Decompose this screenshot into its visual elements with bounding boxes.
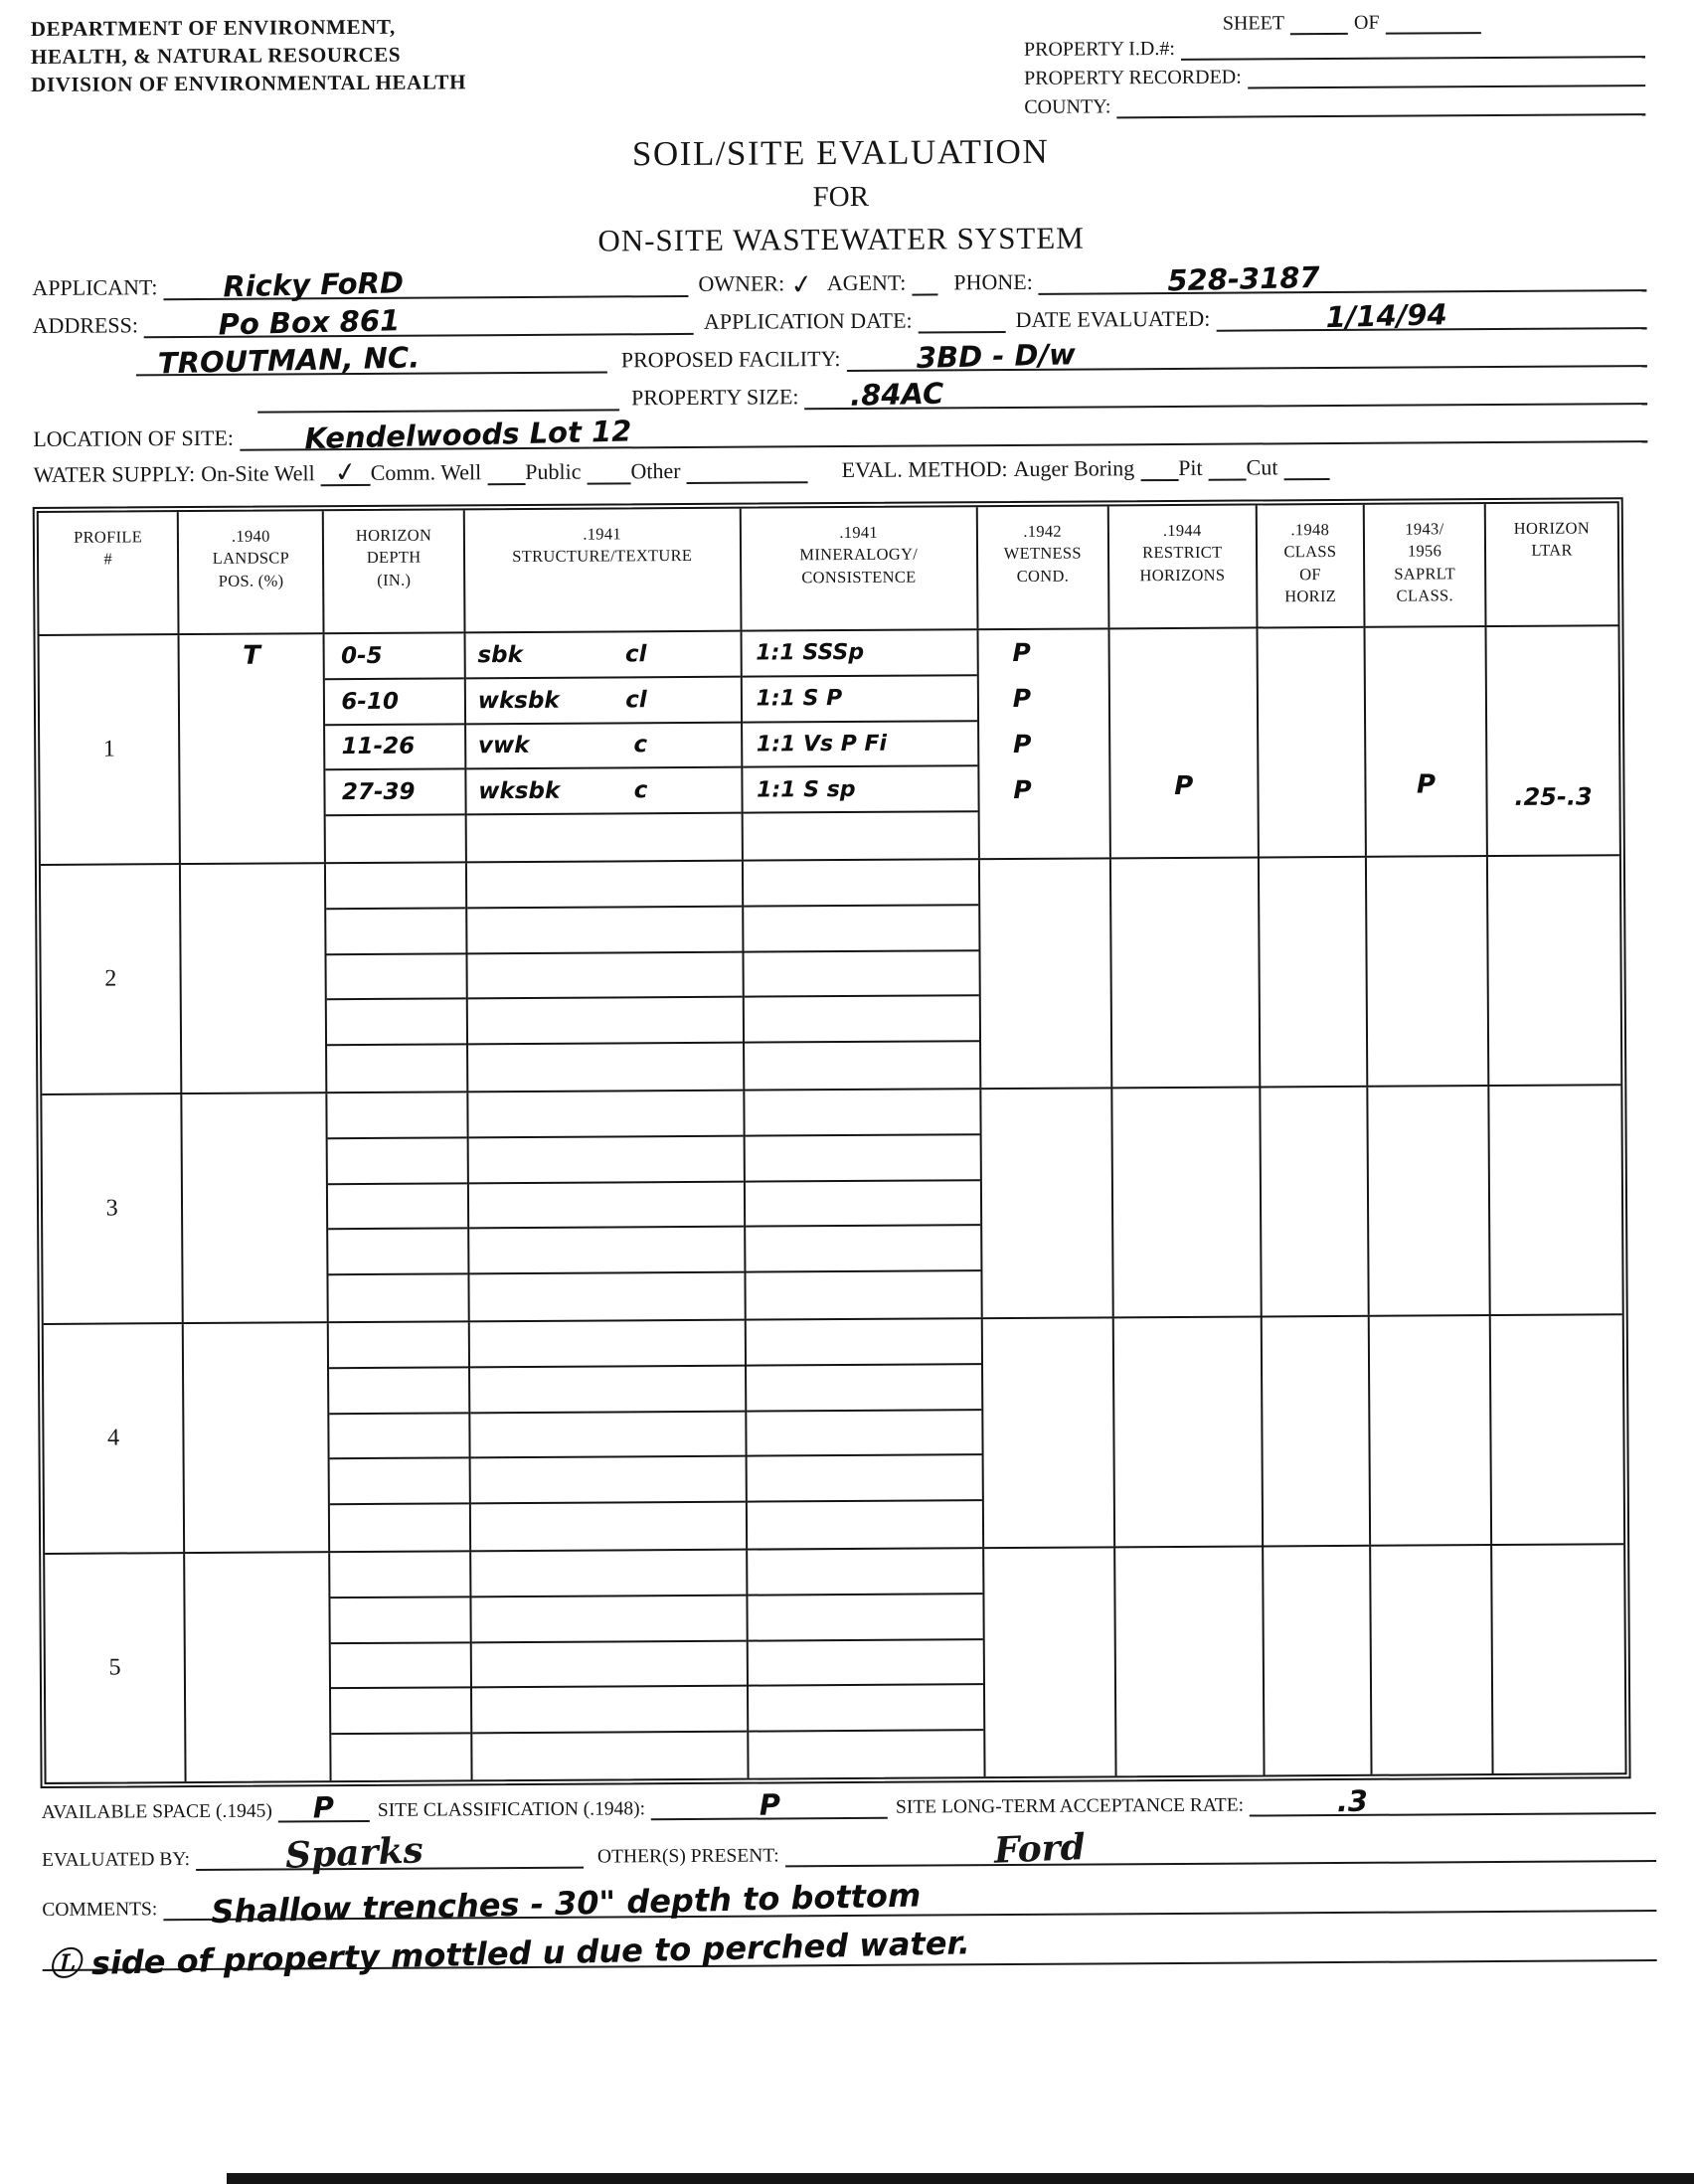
- wetness-value: [981, 996, 1110, 1043]
- available-space-row: AVAILABLE SPACE (.1945) P SITE CLASSIFIC…: [42, 1782, 1656, 1824]
- texture-value: cl: [625, 641, 647, 667]
- depth-subcol: [329, 1322, 471, 1551]
- table-header-row: PROFILE # .1940 LANDSCP POS. (%) HORIZON…: [39, 503, 1618, 636]
- property-size-field: .84AC: [804, 373, 1647, 410]
- acceptance-rate-value: .3: [1337, 1788, 1369, 1815]
- depth-subcol: 0-5 6-10 11-26 27-39: [325, 633, 467, 862]
- address2-row: TROUTMAN, NC. PROPOSED FACILITY: 3BD - D…: [33, 335, 1647, 377]
- public-field: [587, 452, 630, 484]
- header-structure-texture: .1941 STRUCTURE/TEXTURE: [465, 509, 743, 632]
- structure-subcol: [470, 1321, 748, 1551]
- horizon-depth-value: [331, 1597, 470, 1644]
- mineralogy-value: [748, 1549, 982, 1596]
- profile-block: 3: [42, 1084, 1621, 1323]
- mineralogy-value: [746, 1319, 980, 1366]
- structure-subcol: [468, 1092, 746, 1321]
- header-class-of-horiz: .1948 CLASS OF HORIZ: [1258, 505, 1366, 627]
- indent-spacer: [33, 376, 136, 377]
- water-supply-option-other: Other: [630, 458, 680, 484]
- landscape-pos-value: [184, 1323, 330, 1552]
- auger-boring-field: [1140, 449, 1178, 481]
- wetness-value: [985, 1639, 1114, 1686]
- horizon-depth-value: [330, 1505, 469, 1552]
- wetness-subcol: P P P P: [978, 629, 1110, 858]
- wetness-value: P: [978, 629, 1107, 676]
- mineralogy-value: 1:1 S sp: [743, 767, 977, 814]
- depth-subcol: [326, 863, 468, 1092]
- county-label: COUNTY:: [1024, 95, 1110, 119]
- horizon-depth-value: [326, 816, 465, 863]
- mineralogy-value: [744, 997, 978, 1044]
- others-present-label: OTHER(S) PRESENT:: [597, 1845, 779, 1868]
- owner-checkmark: ✓: [789, 273, 815, 298]
- wetness-subcol: [980, 859, 1112, 1088]
- water-supply-option-comm: Comm. Well: [371, 459, 482, 486]
- mineralogy-value: [746, 1181, 980, 1228]
- texture-value: c: [634, 778, 648, 804]
- comments-row-2: Ⓛ side of property mottled u due to perc…: [43, 1930, 1657, 1971]
- applicant-value: Ricky FoRD: [223, 269, 404, 299]
- other-field: [686, 451, 807, 484]
- structure-value: wksbk: [478, 778, 560, 805]
- mineralogy-subcol: [746, 1319, 984, 1548]
- mineralogy-value: [747, 1365, 981, 1412]
- mineralogy-value: [747, 1456, 981, 1503]
- texture-value: c: [633, 733, 647, 758]
- address-row: ADDRESS: Po Box 861 APPLICATION DATE: DA…: [33, 297, 1647, 339]
- water-supply-row: WATER SUPPLY: On-Site Well ✓ Comm. Well …: [33, 446, 1647, 488]
- mineralogy-subcol: [745, 1090, 983, 1318]
- mineralogy-value: [748, 1501, 982, 1548]
- others-present-value: Ford: [993, 1832, 1086, 1866]
- structure-value: wksbk: [478, 687, 560, 714]
- owner-label: OWNER:: [698, 270, 784, 297]
- phone-value: 528-3187: [1168, 264, 1321, 294]
- location-value: Kendelwoods Lot 12: [304, 418, 632, 451]
- horizon-depth-value: 0-5: [325, 633, 464, 680]
- profile-block: 4: [44, 1313, 1623, 1553]
- wetness-value: [980, 950, 1109, 997]
- scan-content: DEPARTMENT OF ENVIRONMENT, HEALTH, & NAT…: [0, 0, 1694, 2184]
- horizon-depth-value: [328, 1138, 467, 1185]
- horizon-depth-value: [331, 1643, 470, 1690]
- horizon-depth-value: [327, 1000, 466, 1047]
- date-evaluated-field: 1/14/94: [1216, 297, 1646, 332]
- mineralogy-value: [747, 1411, 981, 1457]
- evaluated-by-row: EVALUATED BY: Sparks OTHER(S) PRESENT: F…: [42, 1830, 1656, 1872]
- eval-method-label: EVAL. METHOD:: [841, 456, 1007, 483]
- proposed-facility-label: PROPOSED FACILITY:: [621, 346, 841, 373]
- comments-field: Shallow trenches - 30" depth to bottom: [163, 1880, 1656, 1921]
- cut-field: [1283, 448, 1329, 480]
- site-classification-field: P: [651, 1787, 888, 1820]
- wetness-value: [979, 812, 1108, 859]
- horizon-depth-value: [328, 1184, 467, 1231]
- wetness-subcol: [984, 1548, 1116, 1776]
- title-line-1: SOIL/SITE EVALUATION: [293, 130, 1387, 177]
- phone-field: 528-3187: [1039, 259, 1647, 295]
- horizon-depth-value: [330, 1459, 469, 1506]
- profile-number: 1: [40, 635, 182, 864]
- mineralogy-subcol: [744, 860, 982, 1089]
- saprolite-class-value: P: [1417, 769, 1436, 799]
- available-space-value: P: [313, 1794, 335, 1820]
- horizon-ltar-value: .25-.3: [1514, 782, 1592, 810]
- comments-row: COMMENTS: Shallow trenches - 30" depth t…: [42, 1880, 1656, 1922]
- property-id-label: PROPERTY I.D.#:: [1024, 38, 1175, 62]
- address2-field: TROUTMAN, NC.: [136, 341, 607, 376]
- soil-profile-table: PROFILE # .1940 LANDSCP POS. (%) HORIZON…: [33, 497, 1631, 1788]
- header-horizon-depth: HORIZON DEPTH (IN.): [324, 510, 465, 632]
- eval-option-pit: Pit: [1178, 455, 1203, 481]
- structure-value: vwk: [478, 733, 530, 758]
- wetness-value: [981, 1134, 1110, 1181]
- agent-field: [912, 263, 937, 295]
- horizon-depth-value: [326, 863, 465, 910]
- wetness-value: [984, 1548, 1113, 1595]
- horizon-depth-value: [327, 1046, 466, 1092]
- onsite-well-field: ✓: [321, 454, 371, 486]
- texture-value: cl: [625, 687, 647, 713]
- applicant-row: APPLICANT: Ricky FoRD OWNER: ✓ AGENT: PH…: [32, 259, 1646, 301]
- profile-number: 4: [44, 1324, 186, 1553]
- restrict-horizons-value: P: [1174, 771, 1193, 801]
- others-present-field: Ford: [785, 1830, 1657, 1867]
- mineralogy-value: [744, 906, 978, 952]
- header-horizon-ltar: HORIZON LTAR: [1486, 503, 1618, 625]
- wetness-value: [984, 1594, 1113, 1640]
- acceptance-rate-label: SITE LONG-TERM ACCEPTANCE RATE:: [896, 1795, 1244, 1819]
- structure-subcol: sbkcl wksbkcl vwkc wksbkc: [465, 632, 743, 862]
- property-size-value: .84AC: [850, 381, 944, 409]
- application-date-label: APPLICATION DATE:: [704, 308, 913, 335]
- horizon-depth-value: 6-10: [325, 679, 464, 726]
- profile-number: 5: [45, 1554, 187, 1782]
- acceptance-rate-field: .3: [1250, 1782, 1656, 1816]
- soil-table-blocks: 1 T 0-5 6-10 11-26 27-39 sbkcl wksbkcl v…: [40, 626, 1625, 1782]
- comments-field-2: Ⓛ side of property mottled u due to perc…: [43, 1930, 1657, 1971]
- mineralogy-value: [743, 812, 977, 859]
- mineralogy-subcol: [748, 1549, 986, 1777]
- wetness-value: [981, 1042, 1110, 1089]
- horizon-depth-value: [331, 1689, 470, 1736]
- mineralogy-value: [744, 860, 978, 907]
- horizon-depth-value: [330, 1414, 469, 1460]
- wetness-subcol: [983, 1318, 1115, 1547]
- county-field: [1116, 84, 1645, 118]
- comm-well-field: [487, 453, 525, 485]
- application-date-field: [918, 301, 1005, 334]
- landscape-pos-value: [183, 1093, 329, 1322]
- landscape-pos-value: [181, 864, 327, 1092]
- mineralogy-value: [749, 1686, 983, 1733]
- form-title: SOIL/SITE EVALUATION FOR ON-SITE WASTEWA…: [293, 130, 1388, 261]
- comments-line-1: Shallow trenches - 30" depth to bottom: [211, 1882, 921, 1925]
- structure-subcol: [471, 1551, 749, 1780]
- phone-label: PHONE:: [953, 269, 1033, 295]
- wetness-value: P: [979, 675, 1108, 722]
- agency-line-3: DIVISION OF ENVIRONMENTAL HEALTH: [31, 68, 466, 98]
- site-classification-label: SITE CLASSIFICATION (.1948):: [378, 1798, 645, 1822]
- date-evaluated-value: 1/14/94: [1325, 301, 1447, 330]
- horizon-depth-value: [327, 954, 466, 1001]
- profile-number: 3: [42, 1094, 184, 1323]
- horizon-depth-value: [328, 1092, 467, 1139]
- profile-block: 5: [45, 1543, 1624, 1782]
- comments-label: COMMENTS:: [42, 1899, 157, 1922]
- mineralogy-value: [745, 1042, 979, 1089]
- horizon-depth-value: [329, 1230, 468, 1276]
- date-evaluated-label: DATE EVALUATED:: [1016, 306, 1211, 333]
- comments-line-2: Ⓛ side of property mottled u due to perc…: [48, 1930, 970, 1977]
- eval-option-auger: Auger Boring: [1013, 455, 1134, 482]
- mineralogy-value: [745, 1090, 979, 1136]
- evaluated-by-signature: Sparks: [284, 1835, 423, 1871]
- wetness-value: [983, 1364, 1112, 1411]
- proposed-facility-field: 3BD - D/w: [846, 335, 1647, 372]
- proposed-facility-value: 3BD - D/w: [916, 341, 1076, 371]
- wetness-value: [982, 1271, 1111, 1318]
- address-label: ADDRESS:: [33, 312, 139, 339]
- wetness-subcol: [981, 1089, 1113, 1317]
- wetness-value: P: [979, 766, 1108, 813]
- mineralogy-value: 1:1 S P: [742, 676, 976, 723]
- title-line-3: ON-SITE WASTEWATER SYSTEM: [294, 219, 1388, 261]
- address-value: Po Box 861: [219, 307, 401, 337]
- wetness-value: [983, 1318, 1112, 1365]
- wetness-value: [982, 1180, 1111, 1227]
- water-supply-label: WATER SUPPLY:: [33, 461, 195, 488]
- scan-artifact-bar: [227, 2173, 1694, 2184]
- mineralogy-value: [745, 1135, 979, 1182]
- wetness-value: [983, 1455, 1112, 1502]
- profile-block: 2: [41, 854, 1620, 1093]
- header-restrict-horizons: .1944 RESTRICT HORIZONS: [1108, 505, 1258, 627]
- scanned-form-page: DEPARTMENT OF ENVIRONMENT, HEALTH, & NAT…: [0, 0, 1694, 2184]
- mineralogy-value: [748, 1595, 982, 1641]
- agent-label: AGENT:: [827, 270, 907, 296]
- mineralogy-value: [744, 951, 978, 998]
- wetness-value: [984, 1501, 1113, 1548]
- horizon-depth-value: [329, 1322, 468, 1369]
- mineralogy-value: 1:1 Vs P Fi: [743, 722, 977, 768]
- profile-block: 1 T 0-5 6-10 11-26 27-39 sbkcl wksbkcl v…: [40, 626, 1619, 864]
- landscape-pos-value: [185, 1553, 331, 1781]
- property-size-label: PROPERTY SIZE:: [631, 384, 799, 411]
- horizon-depth-value: 11-26: [326, 725, 465, 771]
- mineralogy-value: [746, 1271, 980, 1318]
- property-size-row: PROPERTY SIZE: .84AC: [33, 373, 1647, 415]
- pit-field: [1209, 449, 1247, 481]
- horizon-depth-value: [329, 1368, 468, 1415]
- water-supply-option-public: Public: [525, 459, 581, 485]
- horizon-depth-value: [331, 1552, 470, 1598]
- structure-value: sbk: [477, 642, 523, 668]
- wetness-value: P: [979, 721, 1108, 767]
- evaluated-by-field: Sparks: [196, 1837, 584, 1871]
- horizon-depth-value: [327, 909, 466, 955]
- header-mineralogy: .1941 MINERALOGY/ CONSISTENCE: [741, 507, 978, 629]
- depth-subcol: [331, 1552, 473, 1780]
- wetness-value: [985, 1731, 1114, 1777]
- profile-number: 2: [41, 865, 183, 1093]
- water-supply-checkmark: ✓: [333, 461, 359, 486]
- applicant-label: APPLICANT:: [32, 274, 157, 301]
- header-wetness: .1942 WETNESS COND.: [978, 506, 1110, 628]
- blank-segment: [257, 379, 619, 413]
- header-saprolite-class: 1943/ 1956 SAPRLT CLASS.: [1365, 504, 1487, 626]
- location-label: LOCATION OF SITE:: [33, 425, 234, 452]
- header-landscape-pos: .1940 LANDSCP POS. (%): [179, 511, 325, 633]
- mineralogy-value: [746, 1227, 980, 1273]
- available-space-field: P: [278, 1790, 370, 1823]
- eval-option-cut: Cut: [1247, 454, 1278, 480]
- landscape-pos-value: T: [180, 634, 326, 863]
- mineralogy-value: 1:1 SSSp: [742, 630, 976, 677]
- wetness-value: [980, 905, 1109, 951]
- address2-value: TROUTMAN, NC.: [158, 344, 421, 376]
- depth-subcol: [328, 1092, 470, 1321]
- structure-subcol: [467, 862, 745, 1092]
- site-classification-value: P: [759, 1791, 780, 1817]
- location-row: LOCATION OF SITE: Kendelwoods Lot 12: [33, 411, 1647, 452]
- horizon-depth-value: [332, 1735, 471, 1781]
- mineralogy-value: [749, 1731, 983, 1777]
- wetness-value: [982, 1226, 1111, 1272]
- wetness-value: [981, 1089, 1110, 1135]
- title-line-2: FOR: [294, 178, 1388, 218]
- location-field: Kendelwoods Lot 12: [240, 411, 1647, 451]
- wetness-value: [983, 1410, 1112, 1456]
- agency-line-1: DEPARTMENT OF ENVIRONMENT,: [31, 12, 466, 43]
- mineralogy-value: [748, 1640, 982, 1687]
- agency-line-2: HEALTH, & NATURAL RESOURCES: [31, 40, 466, 71]
- agency-header: DEPARTMENT OF ENVIRONMENT, HEALTH, & NAT…: [31, 12, 466, 98]
- indent-spacer: [33, 414, 257, 415]
- available-space-label: AVAILABLE SPACE (.1945): [42, 1801, 272, 1824]
- applicant-field: Ricky FoRD: [163, 265, 688, 300]
- property-header: PROPERTY I.D.#: PROPERTY RECORDED: COUNT…: [1024, 29, 1646, 119]
- horizon-depth-value: [329, 1275, 468, 1322]
- address-field: Po Box 861: [144, 303, 694, 338]
- header-profile: PROFILE #: [39, 512, 180, 634]
- water-supply-option-onsite: On-Site Well: [201, 460, 315, 487]
- wetness-value: [985, 1685, 1114, 1732]
- horizon-depth-value: 27-39: [326, 770, 465, 817]
- mineralogy-subcol: 1:1 SSSp 1:1 S P 1:1 Vs P Fi 1:1 S sp: [742, 630, 980, 859]
- evaluated-by-label: EVALUATED BY:: [42, 1849, 190, 1872]
- wetness-value: [980, 859, 1109, 906]
